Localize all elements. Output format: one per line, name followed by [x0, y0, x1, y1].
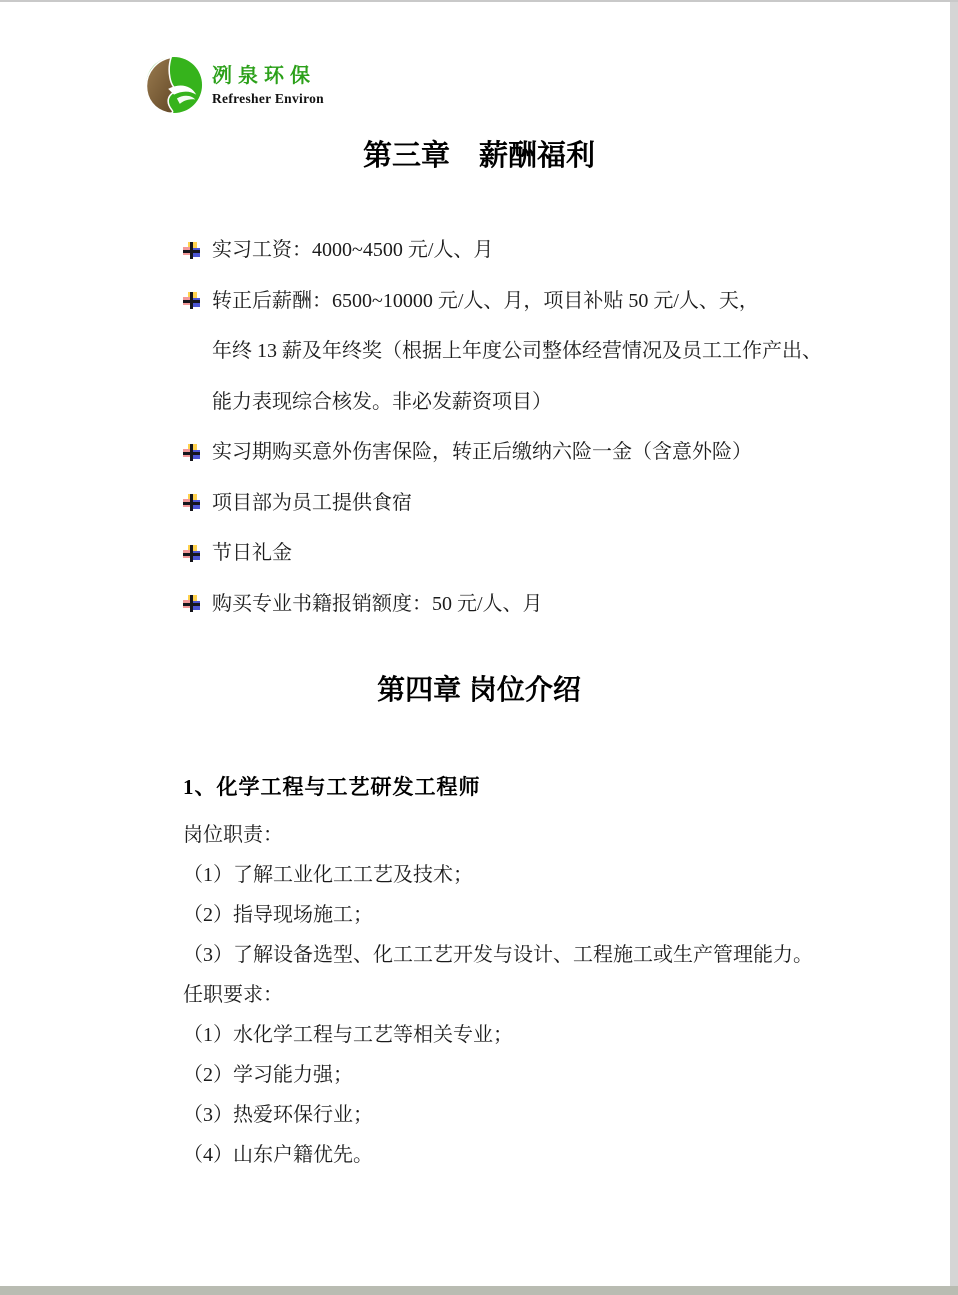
position-heading: 1、化学工程与工艺研发工程师 [183, 773, 858, 801]
requirement-item: （1）水化学工程与工艺等相关专业； [183, 1015, 858, 1055]
refresher-environ-logo-icon [145, 56, 203, 114]
benefit-text: 实习工资：4000~4500 元/人、月 [212, 236, 493, 264]
requirements-label: 任职要求： [183, 975, 858, 1015]
benefits-list: 实习工资：4000~4500 元/人、月 转正后薪酬：6500~10000 元/… [183, 236, 822, 640]
page-edge-bottom [0, 1286, 958, 1295]
chapter4-title: 第四章 岗位介绍 [0, 668, 958, 708]
page-edge-top [0, 0, 958, 2]
benefit-text: 购买专业书籍报销额度：50 元/人、月 [212, 590, 543, 618]
benefit-item: 实习工资：4000~4500 元/人、月 [183, 236, 822, 264]
responsibilities-label: 岗位职责： [183, 815, 858, 855]
company-logo: 冽泉环保 Refresher Environ [145, 56, 324, 114]
benefit-item: 节日礼金 [183, 539, 822, 567]
benefit-text: 实习期购买意外伤害保险，转正后缴纳六险一金（含意外险） [212, 438, 752, 466]
requirement-item: （3）热爱环保行业； [183, 1095, 858, 1135]
requirement-item: （2）学习能力强； [183, 1055, 858, 1095]
benefit-item: 转正后薪酬：6500~10000 元/人、月，项目补贴 50 元/人、天， [183, 287, 822, 315]
colored-plus-bullet-icon [183, 292, 201, 309]
colored-plus-bullet-icon [183, 242, 201, 259]
requirement-item: （4）山东户籍优先。 [183, 1135, 858, 1175]
page-edge-right [950, 2, 958, 1286]
responsibility-item: （3）了解设备选型、化工工艺开发与设计、工程施工或生产管理能力。 [183, 935, 858, 975]
benefit-text: 转正后薪酬：6500~10000 元/人、月，项目补贴 50 元/人、天， [212, 287, 759, 315]
colored-plus-bullet-icon [183, 444, 201, 461]
benefit-text: 能力表现综合核发。非必发薪资项目） [212, 388, 552, 416]
logo-en-name: Refresher Environ [212, 91, 324, 107]
position-section: 1、化学工程与工艺研发工程师 岗位职责： （1）了解工业化工工艺及技术； （2）… [183, 773, 858, 1175]
benefit-item-continuation: 能力表现综合核发。非必发薪资项目） [183, 388, 822, 416]
benefit-text: 项目部为员工提供食宿 [212, 489, 412, 517]
benefit-text: 年终 13 薪及年终奖（根据上年度公司整体经营情况及员工工作产出、 [212, 337, 822, 365]
responsibility-item: （1）了解工业化工工艺及技术； [183, 855, 858, 895]
benefit-item-continuation: 年终 13 薪及年终奖（根据上年度公司整体经营情况及员工工作产出、 [183, 337, 822, 365]
colored-plus-bullet-icon [183, 494, 201, 511]
chapter3-title: 第三章 薪酬福利 [0, 133, 958, 174]
benefit-item: 项目部为员工提供食宿 [183, 489, 822, 517]
logo-text: 冽泉环保 Refresher Environ [212, 64, 324, 107]
logo-cn-name: 冽泉环保 [212, 64, 324, 88]
benefit-item: 实习期购买意外伤害保险，转正后缴纳六险一金（含意外险） [183, 438, 822, 466]
benefit-item: 购买专业书籍报销额度：50 元/人、月 [183, 590, 822, 618]
benefit-text: 节日礼金 [212, 539, 292, 567]
colored-plus-bullet-icon [183, 595, 201, 612]
colored-plus-bullet-icon [183, 545, 201, 562]
responsibility-item: （2）指导现场施工； [183, 895, 858, 935]
